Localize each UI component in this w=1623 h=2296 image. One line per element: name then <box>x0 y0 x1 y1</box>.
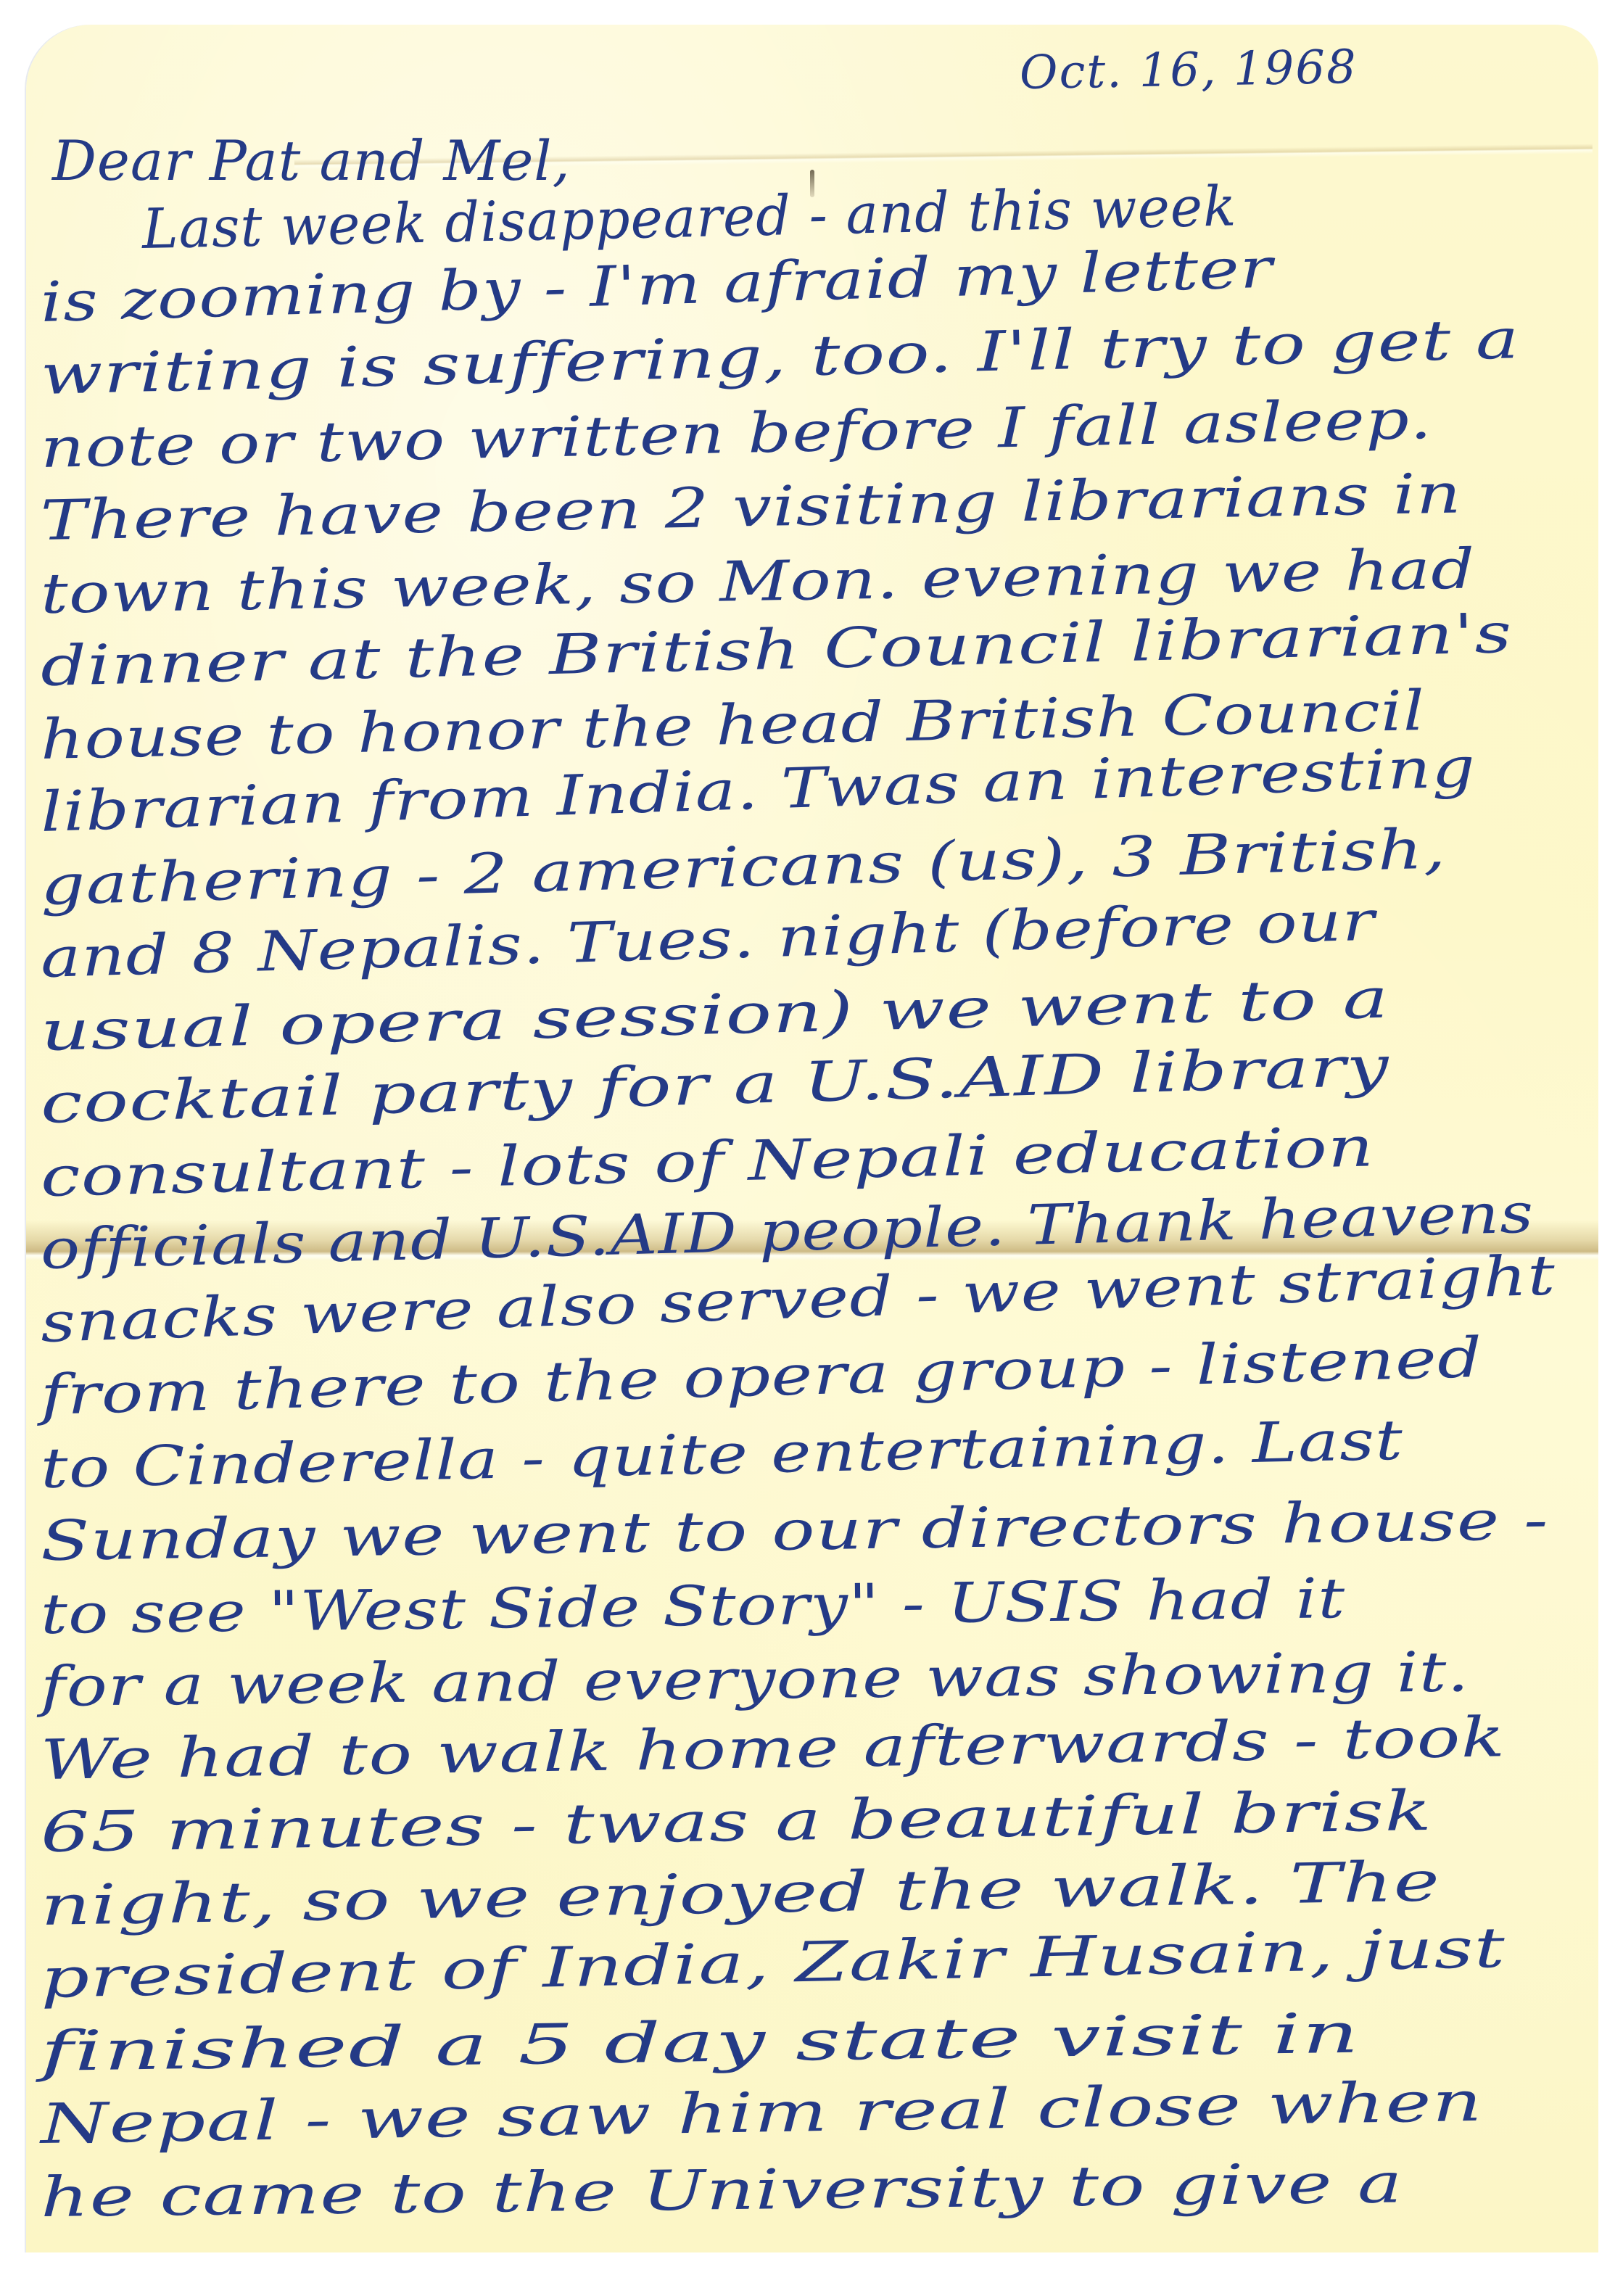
letter-line: to see "West Side Story" - USIS had it <box>41 1571 1346 1642</box>
letter-body: Oct. 16, 1968 Dear Pat and Mel, Last wee… <box>26 25 1598 2252</box>
letter-line: he came to the University to give a <box>41 2155 1404 2225</box>
letter-paper: Oct. 16, 1968 Dear Pat and Mel, Last wee… <box>26 25 1598 2252</box>
letter-line: Sunday we went to our directors house - <box>40 1492 1549 1569</box>
letter-line: note or two written before I fall asleep… <box>40 391 1433 475</box>
letter-line: to Cinderella - quite entertaining. Last <box>40 1412 1404 1495</box>
letter-line: There have been 2 visiting librarians in <box>40 466 1462 548</box>
letter-date: Oct. 16, 1968 <box>1019 41 1358 100</box>
salutation: Dear Pat and Mel, <box>52 133 571 189</box>
letter-line: We had to walk home afterwards - took <box>40 1709 1506 1788</box>
letter-line: Nepal - we saw him real close when <box>40 2074 1483 2152</box>
letter-line: 65 minutes - twas a beautiful brisk <box>40 1783 1432 1860</box>
letter-line: finished a 5 day state visit in <box>40 2005 1360 2078</box>
letter-line: for a week and everyone was showing it. <box>41 1644 1470 1714</box>
